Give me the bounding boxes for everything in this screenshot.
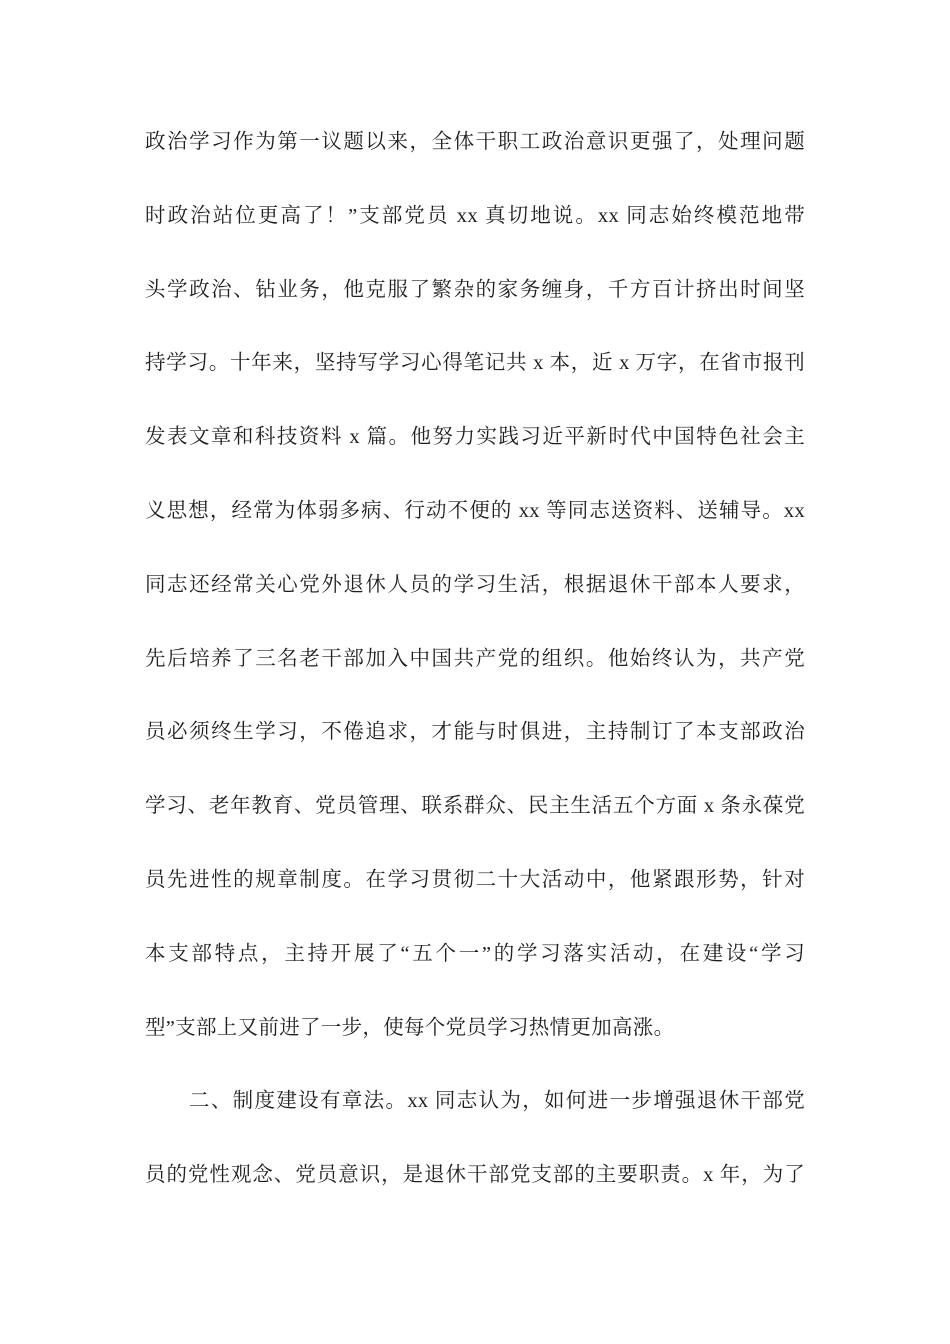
document-line: 义思想，经常为体弱多病、行动不便的 xx 等同志送资料、送辅导。xx	[145, 475, 805, 549]
document-line-paragraph-end: 型”支部上又前进了一步，使每个党员学习热情更加高涨。	[145, 992, 805, 1066]
document-line: 政治学习作为第一议题以来，全体干职工政治意识更强了，处理问题	[145, 106, 805, 180]
document-line-paragraph-start: 二、制度建设有章法。xx 同志认为，如何进一步增强退休干部党	[145, 1065, 805, 1139]
document-line: 先后培养了三名老干部加入中国共产党的组织。他始终认为，共产党	[145, 623, 805, 697]
document-line: 员先进性的规章制度。在学习贯彻二十大活动中，他紧跟形势，针对	[145, 844, 805, 918]
document-page: 政治学习作为第一议题以来，全体干职工政治意识更强了，处理问题 时政治站位更高了！…	[0, 0, 950, 1344]
document-line: 学习、老年教育、党员管理、联系群众、民主生活五个方面 x 条永葆党	[145, 770, 805, 844]
document-line: 同志还经常关心党外退休人员的学习生活，根据退休干部本人要求，	[145, 549, 805, 623]
document-line: 头学政治、钻业务，他克服了繁杂的家务缠身，千方百计挤出时间坚	[145, 254, 805, 328]
document-line: 员的党性观念、党员意识，是退休干部党支部的主要职责。x 年，为了	[145, 1139, 805, 1213]
document-line: 员必须终生学习，不倦追求，才能与时俱进，主持制订了本支部政治	[145, 696, 805, 770]
document-line: 时政治站位更高了！”支部党员 xx 真切地说。xx 同志始终模范地带	[145, 180, 805, 254]
document-line: 持学习。十年来，坚持写学习心得笔记共 x 本，近 x 万字，在省市报刊	[145, 327, 805, 401]
document-line: 本支部特点，主持开展了“五个一”的学习落实活动，在建设“学习	[145, 918, 805, 992]
document-line: 发表文章和科技资料 x 篇。他努力实践习近平新时代中国特色社会主	[145, 401, 805, 475]
document-text-block: 政治学习作为第一议题以来，全体干职工政治意识更强了，处理问题 时政治站位更高了！…	[145, 106, 805, 1213]
